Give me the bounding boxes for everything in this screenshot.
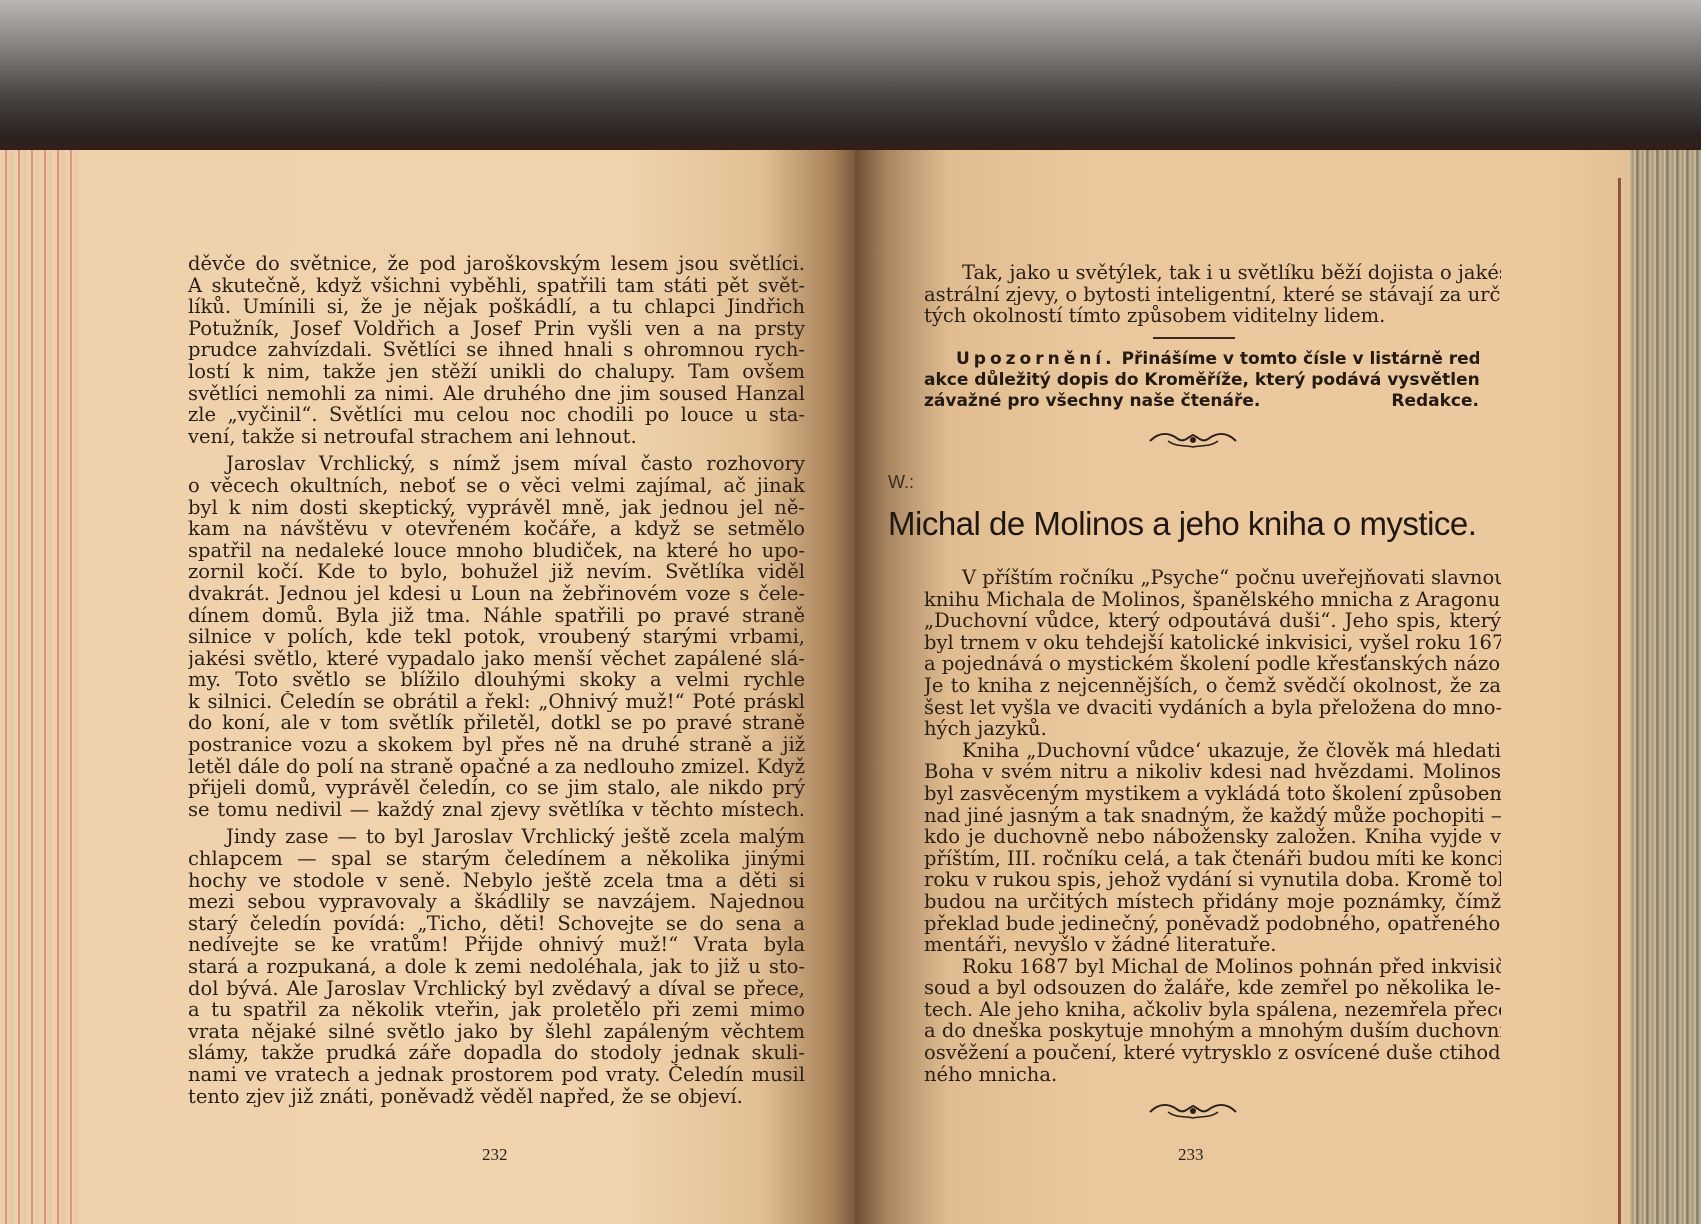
notice-line: závažné pro všechny naše čtenáře. Redakc…: [924, 391, 1479, 412]
text-line: V příštím ročníku „Psyche“ počnu uveřejň…: [924, 567, 1501, 589]
right-page-intro: Tak, jako u světýlek, tak i u světlíku b…: [924, 262, 1501, 327]
text-line: chlapcem — spal se starým čeledínem a ně…: [188, 848, 805, 870]
text-line: postranice vozu a skokem byl přes ně na …: [188, 734, 805, 756]
text-line: A skutečně, když všichni vyběhli, spatři…: [188, 275, 805, 297]
text-line: tento zjev již znáti, poněvadž věděl nap…: [188, 1086, 805, 1108]
text-line: světlíci nemohli za nimi. Ale druhého dn…: [188, 383, 805, 405]
text-line: nedívejte se ke vratům! Přijde ohnivý mu…: [188, 934, 805, 956]
notice-line: Upozornění. Přinášíme v tomto čísle v li…: [924, 349, 1479, 370]
page-number-left: 232: [482, 1145, 508, 1165]
text-line: dol bývá. Ale Jaroslav Vrchlický byl zvě…: [188, 978, 805, 1000]
ornament-end-icon: [1148, 1100, 1238, 1122]
text-line: kam na návštěvu v otevřeném kočáře, a kd…: [188, 518, 805, 540]
text-line: byl trnem v oku tehdejší katolické inkvi…: [924, 632, 1501, 654]
text-line: stará a rozpukaná, a dole k zemi nedoléh…: [188, 956, 805, 978]
left-page-edges: [0, 150, 80, 1224]
text-line: knihu Michala de Molinos, španělského mn…: [924, 589, 1501, 611]
text-line: letěl dále do polí na straně opačné a za…: [188, 756, 805, 778]
text-line: slámy, takže prudká záře dopadla do stod…: [188, 1042, 805, 1064]
text-line: přijeli domů, vyprávěl čeledín, co se ji…: [188, 777, 805, 799]
text-line: kdo je duchovně nebo nábožensky založen.…: [924, 826, 1501, 848]
text-line: nad jiné jasným a tak snadným, že každý …: [924, 805, 1501, 827]
text-line: tech. Ale jeho kniha, ačkoliv byla spále…: [924, 999, 1501, 1021]
notice-signature: Redakce.: [1391, 391, 1479, 412]
text-line: starý čeledín povídá: „Ticho, děti! Scho…: [188, 913, 805, 935]
notice-text: Přinášíme v tomto čísle v listárně red-: [1122, 349, 1479, 369]
text-line: Potužník, Josef Voldřich a Josef Prin vy…: [188, 318, 805, 340]
text-line: líků. Umínili si, že je nějak poškádlí, …: [188, 296, 805, 318]
text-line: spatřil na nedaleké louce mnoho bludiček…: [188, 540, 805, 562]
text-line: ného mnicha.: [924, 1064, 1501, 1086]
text-line: byl zasvěceným mystikem a vykládá toto š…: [924, 783, 1501, 805]
text-line: silnice v polích, kde tekl potok, vroube…: [188, 626, 805, 648]
text-line: Jaroslav Vrchlický, s nímž jsem míval ča…: [188, 453, 805, 475]
background-top-shadow: [0, 0, 1701, 160]
text-line: k silnici. Čeledín se obrátil a řekl: „O…: [188, 691, 805, 713]
ornament-divider-icon: [1148, 429, 1238, 451]
text-line: lostí k nim, takže jen stěží unikli do c…: [188, 361, 805, 383]
text-line: vrata nějaké silné světlo jako by šlehl …: [188, 1021, 805, 1043]
text-line: Boha v svém nitru a nikoliv kdesi nad hv…: [924, 761, 1501, 783]
text-line: budou na určitých místech přidány moje p…: [924, 891, 1501, 913]
text-line: mentáři, nevyšlo v žádné literatuře.: [924, 934, 1501, 956]
right-page-border: [1618, 178, 1621, 1224]
text-line: zornil kočí. Kde to bylo, bohužel již ne…: [188, 561, 805, 583]
text-line: nami ve vratech a jednak prostorem pod v…: [188, 1064, 805, 1086]
text-line: šest let vyšla ve dvaciti vydáních a byl…: [924, 697, 1501, 719]
text-line: zle „vyčinil“. Světlíci mu celou noc cho…: [188, 404, 805, 426]
text-line: Je to kniha z nejcennějších, o čemž svěd…: [924, 675, 1501, 697]
text-line: Kniha „Duchovní vůdce‘ ukazuje, že člově…: [924, 740, 1501, 762]
text-line: vení, takže si netroufal strachem ani le…: [188, 426, 805, 448]
article-title: Michal de Molinos a jeho kniha o mystice…: [888, 505, 1508, 543]
text-line: byl k nim dosti skeptický, vyprávěl mně,…: [188, 497, 805, 519]
text-line: dínem domů. Byla již tma. Náhle spatřili…: [188, 605, 805, 627]
text-line: my. Toto světlo se blížilo dlouhými skok…: [188, 669, 805, 691]
text-line: hochy ve stodole v seně. Nebylo ještě zc…: [188, 870, 805, 892]
text-line: hých jazyků.: [924, 718, 1501, 740]
editorial-notice: Upozornění. Přinášíme v tomto čísle v li…: [924, 349, 1479, 412]
text-line: do koní, ale v tom světlík přiletěl, dot…: [188, 712, 805, 734]
text-line: mezi sebou vypravovaly a škádlily se nav…: [188, 891, 805, 913]
article-author: W.:: [888, 472, 914, 493]
notice-label: Upozornění.: [956, 349, 1116, 369]
page-number-right: 233: [1178, 1145, 1204, 1165]
text-line: se tomu nedivil — každý znal zjevy světl…: [188, 799, 805, 821]
text-line: o věcech okultních, neboť se o věci velm…: [188, 475, 805, 497]
text-line: jakési světlo, které vypadalo jako menší…: [188, 648, 805, 670]
text-line: tých okolností tímto způsobem viditelny …: [924, 305, 1501, 327]
article-body: V příštím ročníku „Psyche“ počnu uveřejň…: [924, 567, 1501, 1085]
text-line: „Duchovní vůdce, který odpoutává duši“. …: [924, 610, 1501, 632]
text-line: Roku 1687 byl Michal de Molinos pohnán p…: [924, 956, 1501, 978]
text-line: Jindy zase — to byl Jaroslav Vrchlický j…: [188, 826, 805, 848]
separator-line: [1153, 337, 1235, 339]
text-line: a do dneška poskytuje mnohým a mnohým du…: [924, 1020, 1501, 1042]
text-line: překlad bude jedinečný, poněvadž podobné…: [924, 913, 1501, 935]
left-page-text: děvče do světnice, že pod jaroškovským l…: [188, 253, 805, 1107]
notice-text: závažné pro všechny naše čtenáře.: [924, 391, 1260, 411]
text-line: soud a byl odsouzen do žaláře, kde zemře…: [924, 977, 1501, 999]
text-line: astrální zjevy, o bytosti inteligentní, …: [924, 284, 1501, 306]
text-line: osvěžení a poučení, které vytrysklo z os…: [924, 1042, 1501, 1064]
text-line: děvče do světnice, že pod jaroškovským l…: [188, 253, 805, 275]
text-line: roku v rukou spis, jehož vydání si vynut…: [924, 869, 1501, 891]
text-line: dvakrát. Jednou jel kdesi u Loun na žebř…: [188, 583, 805, 605]
notice-line: akce důležitý dopis do Kroměříže, který …: [924, 370, 1479, 391]
text-line: prudce zahvízdali. Světlíci se ihned hna…: [188, 339, 805, 361]
text-line: a pojednává o mystickém školení podle kř…: [924, 653, 1501, 675]
right-page-edges: [1630, 150, 1701, 1224]
text-line: příštím, III. ročníku celá, a tak čtenář…: [924, 848, 1501, 870]
text-line: Tak, jako u světýlek, tak i u světlíku b…: [924, 262, 1501, 284]
text-line: a tu spatřil za několik vteřin, jak prol…: [188, 999, 805, 1021]
